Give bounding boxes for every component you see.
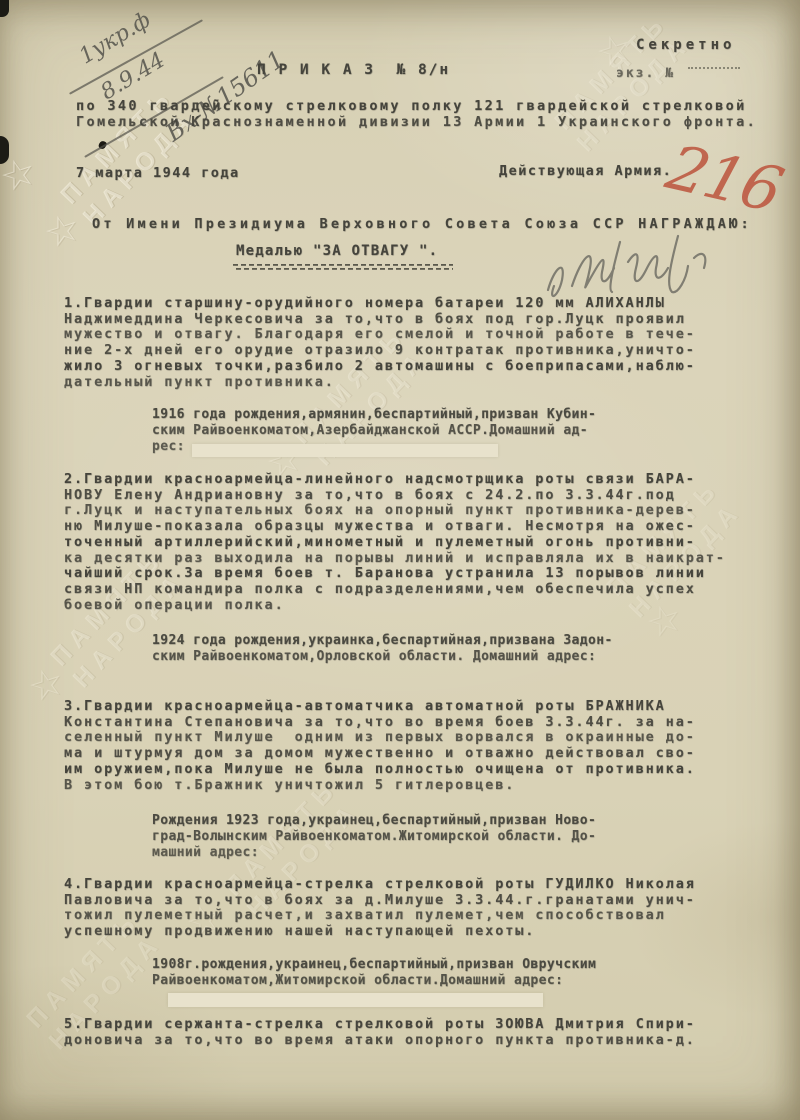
text-line: 1908г.рождения,украинец,беспартийный,при…: [152, 957, 596, 973]
entry-bio: 1908г.рождения,украинец,беспартийный,при…: [152, 957, 596, 989]
text-line: чайший срок.За время боев т. Баранова ус…: [64, 566, 726, 582]
text-line: по 340 гвардейскому стрелковому полку 12…: [76, 99, 757, 115]
text-line: Райвоенкоматом,Житомирской области.Домаш…: [152, 973, 596, 989]
text-line: жило 3 огневых точки,разбило 2 автомашин…: [64, 359, 696, 375]
corner-note-incoming-number: Вх-№15611: [160, 45, 289, 147]
text-line: В этом бою т.Бражник уничтожил 5 гитлеро…: [64, 778, 696, 794]
text-line: 2.Гвардии красноармейца-линейного надсмо…: [64, 472, 726, 488]
copy-number-label: экз. №: [616, 66, 675, 81]
text-line: Рождения 1923 года,украинец,беспартийный…: [152, 813, 596, 829]
entry-bio: 1924 года рождения,украинка,беспартийная…: [152, 633, 613, 665]
text-line: ние 2-х дней его орудие отразило 9 контр…: [64, 343, 696, 359]
order-date: 7 марта 1944 года: [76, 165, 240, 181]
entry-citation: 3.Гвардии красноармейца-автоматчика авто…: [64, 699, 696, 793]
medal-underline: [233, 264, 453, 270]
text-line: 3.Гвардии красноармейца-автоматчика авто…: [64, 699, 696, 715]
copy-number-blank: [688, 66, 740, 69]
entry-citation: 2.Гвардии красноармейца-линейного надсмо…: [64, 472, 726, 613]
text-line: тожил пулеметный расчет,и захватил пулем…: [64, 908, 696, 924]
text-line: 1.Гвардии старшину-орудийного номера бат…: [64, 296, 696, 312]
text-line: ма и штурмуя дом за домом мужественно и …: [64, 746, 696, 762]
corner-ink-mark: [0, 0, 9, 17]
scanned-order-page: ☆ ☆ ☆ ☆ ☆ ☆ ☆ ПАМЯТЬ НАРОДА ПАМЯТЬ НАРОД…: [0, 0, 800, 1120]
text-line: ским Райвоенкоматом,Орловской области. Д…: [152, 649, 613, 665]
text-line: селенный пункт Милуше одним из первых во…: [64, 730, 696, 746]
text-line: Гомельской Краснознаменной дивизии 13 Ар…: [76, 115, 757, 131]
text-line: доновича за то,что во время атаки опорно…: [64, 1033, 696, 1049]
army-status: Действующая Армия.: [499, 163, 672, 179]
entry-citation: 5.Гвардии сержанта-стрелка стрелковой ро…: [64, 1017, 696, 1048]
entry-citation: 4.Гвардии красноармейца-стрелка стрелков…: [64, 877, 696, 940]
watermark-text: ПАМЯТЬ НАРОДА: [550, 9, 696, 157]
entry-bio: Рождения 1923 года,украинец,беспартийный…: [152, 813, 596, 861]
text-line: точенный артиллерийский,минометный и пул…: [64, 535, 726, 551]
text-line: ка десятки раз выходила на порывы линий …: [64, 551, 726, 567]
redaction-box: [192, 444, 498, 457]
edge-ink-blot: [0, 136, 9, 164]
text-line: успешному продвижению нашей наступающей …: [64, 924, 696, 940]
text-line: дательный пункт противника.: [64, 375, 696, 391]
secrecy-label: Секретно: [636, 37, 735, 53]
order-subtitle: по 340 гвардейскому стрелковому полку 12…: [76, 99, 757, 131]
text-line: им оружием,пока Милуше не была полностью…: [64, 762, 696, 778]
text-line: ню Милуше-показала образцы мужества и от…: [64, 519, 726, 535]
text-line: боевой операции полка.: [64, 598, 726, 614]
award-intro: От Имени Президиума Верховного Совета Со…: [92, 216, 752, 232]
text-line: г.Луцк и наступательных боях на опорный …: [64, 503, 726, 519]
text-line: 1916 года рождения,армянин,беспартийный,…: [152, 407, 596, 423]
medal-line: Медалью "ЗА ОТВАГУ ".: [236, 243, 438, 259]
text-line: град-Волынским Райвоенкоматом.Житомирско…: [152, 829, 596, 845]
text-line: 1924 года рождения,украинка,беспартийная…: [152, 633, 613, 649]
entry-citation: 1.Гвардии старшину-орудийного номера бат…: [64, 296, 696, 390]
red-page-number: 216: [659, 131, 790, 226]
text-line: 5.Гвардии сержанта-стрелка стрелковой ро…: [64, 1017, 696, 1033]
text-line: ским Райвоенкоматом,Азербайджанской АССР…: [152, 423, 596, 439]
text-line: машний адрес:: [152, 845, 596, 861]
text-line: мужество и отвагу. Благодаря его смелой …: [64, 327, 696, 343]
text-line: связи НП командира полка с подразделения…: [64, 582, 726, 598]
order-title: П Р И К А З № 8/н: [257, 62, 450, 78]
star-watermark-icon: ☆: [35, 190, 87, 262]
redaction-box: [168, 993, 543, 1007]
text-line: 4.Гвардии красноармейца-стрелка стрелков…: [64, 877, 696, 893]
